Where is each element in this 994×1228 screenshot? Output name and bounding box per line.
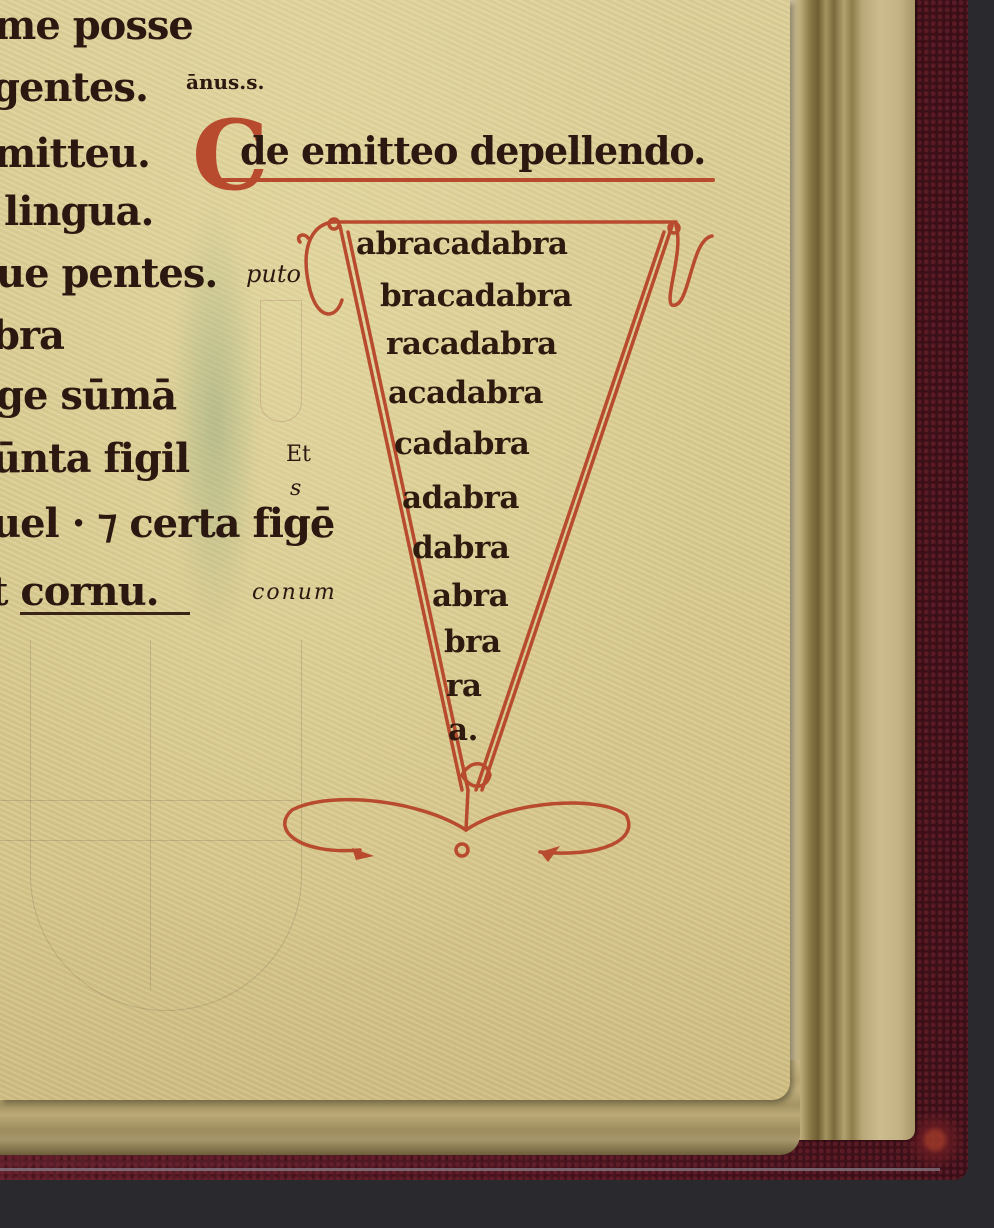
charm-line: CADABRA <box>394 426 529 462</box>
charm-line: BRACADABRA <box>380 278 572 314</box>
charm-line: A. <box>448 712 478 748</box>
page-fore-edge <box>770 0 915 1140</box>
cover-edge <box>0 1168 940 1171</box>
charm-line: ABRACADABRA <box>356 226 568 262</box>
charm-line: ABRA <box>432 578 508 614</box>
parchment-page: me posse gentes. mitteu. lingua. ue pent… <box>0 0 790 1100</box>
charm-line: ACADABRA <box>388 375 543 411</box>
charm-line: RACADABRA <box>386 326 557 362</box>
manuscript-photo: me posse gentes. mitteu. lingua. ue pent… <box>0 0 994 1228</box>
charm-line: DABRA <box>412 530 509 566</box>
charm-line: BRA <box>444 624 501 660</box>
charm-line: ADABRA <box>402 480 519 516</box>
charm-line: RA <box>446 668 481 704</box>
charm-frame <box>0 0 790 1100</box>
